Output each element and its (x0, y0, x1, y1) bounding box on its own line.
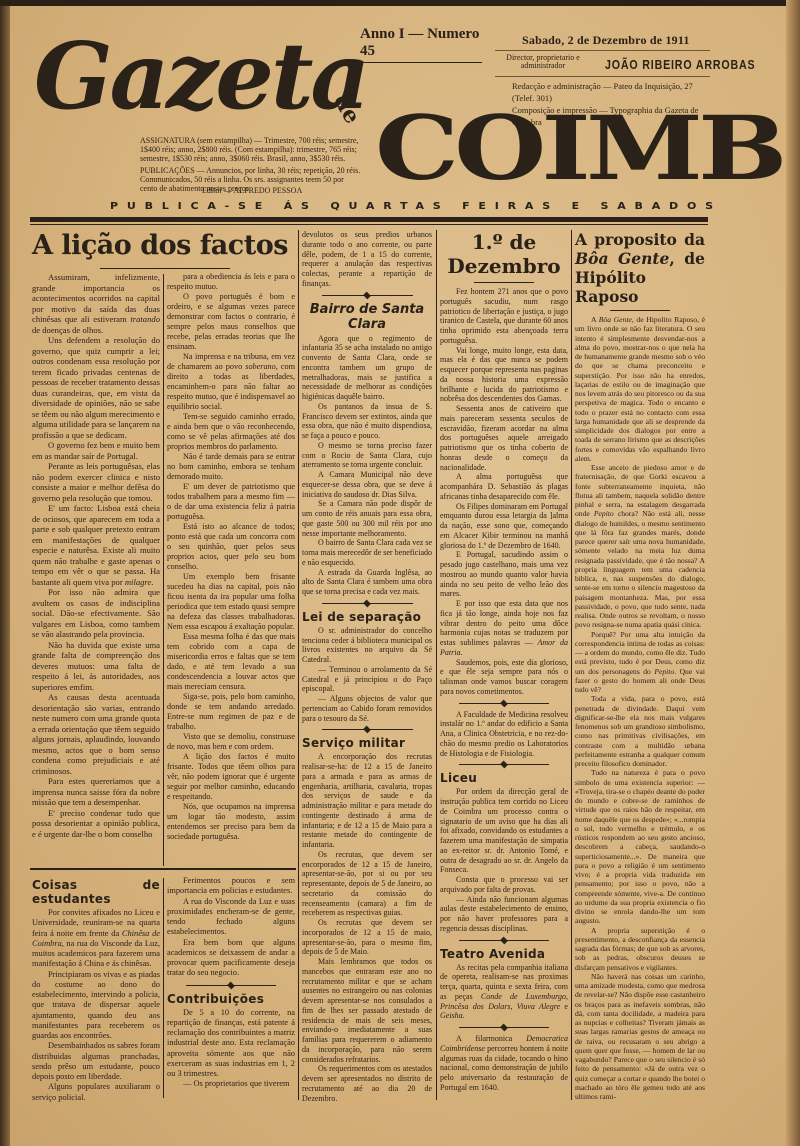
paragraph: E Portugal, sacudindo assim o pesado jug… (440, 550, 568, 599)
paragraph: Perante as leis portuguêsas, elas não po… (32, 461, 160, 503)
column-5: A proposito da Bôa Gente, de Hipólito Ra… (575, 230, 705, 1101)
title-underline (474, 282, 534, 283)
ornament-divider (459, 1027, 549, 1028)
ornament-divider (322, 603, 413, 604)
paragraph: Por isso não admira que avultem os casos… (32, 587, 160, 640)
paragraph: Não ha duvida que existe uma grande falt… (32, 640, 160, 693)
paragraph: Toda a vida, para o povo, está penetrada… (575, 694, 705, 768)
paragraph: A estrada da Guarda Inglêsa, ao alto de … (302, 568, 432, 597)
paragraph: Desembainhados os sabres foram distribui… (32, 1041, 160, 1082)
paragraph: Tem-se seguido caminho errado, e ainda b… (167, 412, 295, 452)
paragraph: Por convites afixados no Liceu e Univers… (32, 908, 160, 970)
ornament-divider (186, 985, 276, 986)
article-licao-col2: para a obediencia ás leis e para o respe… (167, 272, 295, 842)
article-title-licao: A lição dos factos (32, 230, 288, 261)
paragraph: A encorporação dos recrutas realisar-se-… (302, 752, 432, 850)
paragraph: Se a Camara não pode dispôr de um conto … (302, 499, 432, 538)
paragraph: Principiaram os vivas e as piadas do cos… (32, 970, 160, 1042)
paragraph: Os Filipes dominaram em Portugal emquant… (440, 502, 568, 551)
paragraph: Tudo na natureza é para o povo simbolo d… (575, 768, 705, 925)
column-divider (163, 274, 164, 866)
section-title-dezembro: 1.º de Dezembro (440, 230, 568, 278)
paragraph: Esse anceio de piedoso amor e de fratern… (575, 463, 705, 630)
paragraph: Os recrutas que devem ser incorporados d… (302, 918, 432, 957)
composicao-line: Composição e impressão — Typographia da … (512, 104, 712, 128)
title-underline (610, 310, 670, 311)
paragraph: — Ainda não funcionam algumas aulas dest… (440, 895, 568, 934)
paragraph: Saudemos, pois, este dia glorioso, e que… (440, 658, 568, 697)
masthead-title-gazeta: Gazeta (34, 22, 367, 130)
redaccao-info: Redacção e administração — Pateo da Inqu… (512, 80, 712, 128)
paragraph: Mais lembramos que todos os mancebos que… (302, 957, 432, 1064)
column-divider (436, 230, 437, 1100)
paragraph: As causas desta acentuada desorientação … (32, 692, 160, 776)
section-title-coisas: Coisas de estudantes (32, 878, 160, 906)
ornament-divider (459, 764, 549, 765)
paragraph: A propria superstição é o presentimento,… (575, 926, 705, 972)
paragraph: Por ordem da direcção geral de instrução… (440, 787, 568, 875)
paragraph: para a obediencia ás leis e para o respe… (167, 272, 295, 292)
subscription-info: ASSIGNATURA (sem estampilha) — Trimestre… (140, 136, 362, 193)
paragraph: Porquê? Por uma alta intuição da corresp… (575, 630, 705, 695)
assignatura-text: ASSIGNATURA (sem estampilha) — Trimestre… (140, 136, 362, 163)
paragraph: O mesmo se torna preciso fazer com o Roc… (302, 441, 432, 470)
paragraph: Sessenta anos de cativeiro que mais pare… (440, 404, 568, 472)
paragraph: devolutos os seus predios urbanos durant… (302, 230, 432, 289)
coisas-estudantes-col1: Coisas de estudantesPor convites afixado… (32, 876, 160, 1103)
section-rule (30, 868, 296, 870)
paragraph: — Os proprietarios que tiverem (167, 1079, 295, 1089)
paragraph: O bairro de Santa Clara cada vez se torn… (302, 538, 432, 567)
publication-days-banner: PUBLICA-SE ÁS QUARTAS FEIRAS E SABADOS (110, 201, 770, 212)
paragraph: E' um facto: Lisboa está cheia de ocioso… (32, 503, 160, 587)
column-4: 1.º de DezembroFez hontem 271 anos que o… (440, 230, 568, 1093)
paragraph: Agora que o regimento de infantaria 35 s… (302, 334, 432, 402)
paragraph: Uns defendem a resolução do governo, que… (32, 335, 160, 440)
paragraph: De 5 a 10 do corrente, na repartição de … (167, 1008, 295, 1080)
paragraph: A lição dos factos é muito frisante. Tod… (167, 752, 295, 802)
paragraph: A Faculdade de Medicina resolveu instalá… (440, 710, 568, 759)
paragraph: — Alguns objectos de valor que pertencia… (302, 694, 432, 723)
paragraph: E' um dever de patriotismo que todos tra… (167, 482, 295, 522)
paragraph: O sr. administrador do concelho tenciona… (302, 626, 432, 665)
coisas-estudantes-col2: Ferimentos poucos e sem importancia em p… (167, 876, 295, 1090)
paragraph: Visto que se demoliu, construase de novo… (167, 732, 295, 752)
paragraph: Era bem bom que alguns academicos se dei… (167, 938, 295, 979)
paragraph: Fez hontem 271 anos que o povo português… (440, 287, 568, 346)
section-title-lei: Lei de separação (302, 610, 432, 624)
paragraph: — Terminou o arrolamento da Sé Catedral … (302, 665, 432, 694)
paragraph: A Bôa Gente, de Hipolito Raposo, é um li… (575, 315, 705, 463)
paragraph: Assumiram, infelizmente, grande importan… (32, 272, 160, 335)
paragraph: Os requerimentos com os atestados devem … (302, 1064, 432, 1103)
issue-date: Sabado, 2 de Dezembro de 1911 (522, 33, 690, 48)
issue-number: Anno I — Numero 45 (360, 26, 482, 63)
column-divider (571, 230, 572, 1100)
paragraph: E por isso que esta data que nos fica já… (440, 599, 568, 658)
page-top-edge (0, 0, 800, 6)
director-label: Director, proprietario e administrador (503, 54, 583, 70)
paragraph: Ferimentos poucos e sem importancia em p… (167, 876, 295, 897)
column-divider (163, 878, 164, 1098)
paragraph: A alma portuguêsa que acompanhára D. Seb… (440, 472, 568, 501)
paragraph: Siga-se, pois, pelo bom caminho, donde s… (167, 692, 295, 732)
redaccao-line: Redacção e administração — Pateo da Inqu… (512, 80, 712, 104)
director-box: Director, proprietario e administrador J… (495, 50, 710, 77)
ornament-divider (322, 729, 413, 730)
paragraph: Não é tarde demais para se entrar no bom… (167, 452, 295, 482)
column-3: devolutos os seus predios urbanos durant… (302, 230, 432, 1103)
masthead-rule (30, 217, 708, 222)
column-divider (298, 230, 299, 1100)
paragraph: Os recrutas, que devem ser encorporados … (302, 850, 432, 918)
paragraph: O governo fez bem e muito bem em as mand… (32, 440, 160, 461)
editor-line: Editor — ALFREDO PESSOA (202, 186, 302, 195)
newspaper-page: Gazeta de COIMBRA Anno I — Numero 45 Sab… (0, 0, 800, 1146)
paragraph: Nós, que ocupamos na imprensa um logar t… (167, 802, 295, 842)
paragraph: Consta que o processo vai ser arquivado … (440, 875, 568, 895)
paragraph: O povo português é bom e ordeiro, e se a… (167, 292, 295, 352)
paragraph: Vai longe, muito longe, esta data, mas e… (440, 346, 568, 405)
section-title-liceu: Liceu (440, 771, 568, 785)
ornament-divider (459, 940, 549, 941)
paragraph: A Camara Municipal não deve esquecer-se … (302, 470, 432, 499)
paragraph: Para estes quereriamos que a imprensa nu… (32, 776, 160, 808)
section-title-bairro: Bairro de Santa Clara (302, 302, 432, 332)
paragraph: A rua do Visconde da Luz e suas proximid… (167, 897, 295, 938)
article-title-proposito: A proposito da Bôa Gente, de Hipólito Ra… (575, 230, 705, 306)
section-title-contribuicoes: Contribuições (167, 992, 295, 1006)
article-licao-col1: Assumiram, infelizmente, grande importan… (32, 272, 160, 839)
paragraph: Alguns populares auxiliaram o serviço po… (32, 1082, 160, 1103)
paragraph: Está isto ao alcance de todos; ponto est… (167, 522, 295, 572)
section-title-teatro: Teatro Avenida (440, 947, 568, 961)
paragraph: Os pantanos da insua de S. Francisco dev… (302, 402, 432, 441)
paragraph: Na imprensa e na tribuna, em vez de cham… (167, 352, 295, 412)
title-underline (100, 268, 230, 269)
director-name: JOÃO RIBEIRO ARROBAS (605, 57, 755, 72)
paragraph: Não haverá nas coisas um carinho, uma am… (575, 972, 705, 1102)
paragraph: Essa mesma folha é das que mais tem cobr… (167, 632, 295, 692)
section-title-servico: Serviço militar (302, 736, 432, 750)
masthead-rule-thin (30, 224, 708, 225)
paragraph: As recitas pela companhia italiana de op… (440, 963, 568, 1022)
ornament-divider (322, 295, 413, 296)
paragraph: A filarmonica Democratica Coimbridense p… (440, 1034, 568, 1093)
ornament-divider (459, 703, 549, 704)
paragraph: E' preciso condenar tudo que possa desor… (32, 808, 160, 840)
paragraph: Um exemplo bem frisante sucedeu ha dias … (167, 572, 295, 632)
